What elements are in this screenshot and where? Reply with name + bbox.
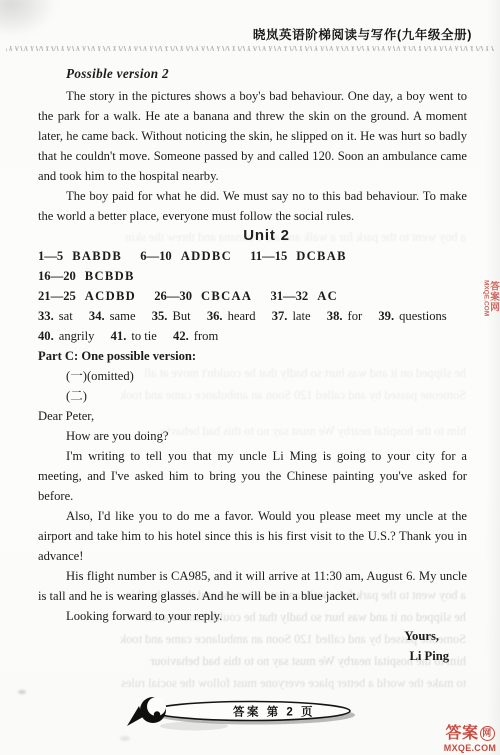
fill-answer: 33.sat bbox=[38, 306, 73, 326]
letter-signoff: Yours, bbox=[38, 626, 467, 646]
fill-number: 42. bbox=[173, 329, 189, 343]
fill-word: But bbox=[172, 309, 190, 323]
watermark-site-name: 答案网 bbox=[489, 278, 499, 316]
watermark-site-name: 答案网 bbox=[441, 726, 499, 743]
fill-word: from bbox=[194, 329, 218, 343]
fill-number: 36. bbox=[207, 309, 223, 323]
answer-group: 11—15DCBAB bbox=[250, 246, 347, 266]
fill-word: late bbox=[292, 309, 310, 323]
fill-answer: 42.from bbox=[173, 326, 218, 346]
fill-answer: 36.heard bbox=[207, 306, 256, 326]
answer-letters: CBCAA bbox=[201, 289, 252, 303]
letter-signature: Li Ping bbox=[38, 646, 467, 666]
answer-group: 26—30CBCAA bbox=[154, 286, 252, 306]
watermark-logo: 答案网 MXQE.COM bbox=[441, 726, 499, 753]
letter-paragraph: I'm writing to tell you that my uncle Li… bbox=[38, 446, 467, 506]
fill-answer: 34.same bbox=[89, 306, 136, 326]
answer-letters: DCBAB bbox=[296, 249, 347, 263]
answer-range: 21—25 bbox=[38, 289, 76, 303]
side-watermark: 答案网 MXQE.COM bbox=[482, 278, 498, 316]
essay-paragraph: The boy paid for what he did. We must sa… bbox=[38, 186, 467, 226]
fill-answer: 40.angrily bbox=[38, 326, 94, 346]
fill-word: to tie bbox=[131, 329, 157, 343]
answer-letters: ADDBC bbox=[181, 249, 232, 263]
answer-range: 1—5 bbox=[38, 249, 63, 263]
answer-range: 6—10 bbox=[140, 249, 171, 263]
scan-smudge bbox=[0, 0, 60, 40]
fill-number: 41. bbox=[111, 329, 127, 343]
answer-range: 31—32 bbox=[270, 289, 308, 303]
swirl-icon bbox=[127, 697, 166, 726]
fill-answer: 39.questions bbox=[378, 306, 446, 326]
letter-greeting: How are you doing? bbox=[38, 426, 467, 446]
fill-answer: 37.late bbox=[272, 306, 311, 326]
fill-word: same bbox=[110, 309, 136, 323]
answer-range: 16—20 bbox=[38, 269, 76, 283]
page-content: Possible version 2 The story in the pict… bbox=[38, 56, 467, 666]
fill-number: 38. bbox=[327, 309, 343, 323]
watermark-name-text: 答案 bbox=[445, 725, 478, 742]
watermark-domain: MXQE.COM bbox=[441, 744, 499, 753]
fill-number: 40. bbox=[38, 329, 54, 343]
answer-letters: AC bbox=[317, 289, 338, 303]
answer-group: 1—5BABDB bbox=[38, 246, 122, 266]
watermark-domain: MXQE.COM bbox=[482, 280, 489, 316]
unit-heading: Unit 2 bbox=[38, 226, 467, 246]
letter-paragraph: His flight number is CA985, and it will … bbox=[38, 566, 467, 606]
answer-range: 26—30 bbox=[154, 289, 192, 303]
fill-number: 33. bbox=[38, 309, 54, 323]
fill-word: for bbox=[348, 309, 363, 323]
letter-salutation: Dear Peter, bbox=[38, 406, 467, 426]
footer-banner: 答案 第 2 页 bbox=[124, 688, 376, 743]
fill-answer: 38.for bbox=[327, 306, 362, 326]
fill-number: 34. bbox=[89, 309, 105, 323]
footer-page-label: 答案 第 2 页 bbox=[233, 705, 315, 719]
answer-range: 11—15 bbox=[250, 249, 287, 263]
answer-letters: BCBDB bbox=[85, 269, 135, 283]
answer-key-line: 21—25ACDBD 26—30CBCAA 31—32AC bbox=[38, 286, 467, 306]
watermark-badge-icon: 网 bbox=[480, 726, 495, 741]
fill-number: 39. bbox=[378, 309, 394, 323]
answer-key-line: 1—5BABDB 6—10ADDBC 11—15DCBAB 16—20BCBDB bbox=[38, 246, 467, 286]
answer-letters: BABDB bbox=[72, 249, 122, 263]
fill-word: heard bbox=[228, 309, 256, 323]
fill-word: sat bbox=[59, 309, 73, 323]
answer-letters: ACDBD bbox=[85, 289, 136, 303]
scan-speck bbox=[18, 690, 26, 694]
part-c-label: Part C: One possible version: bbox=[38, 346, 467, 366]
fill-answer: 41.to tie bbox=[111, 326, 157, 346]
answer-group: 16—20BCBDB bbox=[38, 266, 135, 286]
part-c-item: (一)(omitted) bbox=[38, 366, 467, 386]
book-title: 晓岚英语阶梯阅读与写作(九年级全册) bbox=[253, 25, 472, 43]
header-divider bbox=[6, 46, 494, 51]
answer-group: 21—25ACDBD bbox=[38, 286, 136, 306]
fill-word: angrily bbox=[59, 329, 95, 343]
fill-answer-line: 40.angrily 41.to tie 42.from bbox=[38, 326, 467, 346]
essay-heading: Possible version 2 bbox=[66, 64, 467, 84]
answer-group: 6—10ADDBC bbox=[140, 246, 232, 266]
part-c-item: (二) bbox=[38, 386, 467, 406]
fill-answer-line: 33.sat 34.same 35.But 36.heard 37.late 3… bbox=[38, 306, 467, 326]
scan-edge-shading bbox=[486, 0, 500, 755]
footer-banner-graphic: 答案 第 2 页 bbox=[124, 688, 376, 738]
letter-closing: Looking forward to your reply. bbox=[38, 606, 467, 626]
letter-paragraph: Also, I'd like you to do me a favor. Wou… bbox=[38, 506, 467, 566]
fill-number: 37. bbox=[272, 309, 288, 323]
fill-word: questions bbox=[399, 309, 447, 323]
essay-paragraph: The story in the pictures shows a boy's … bbox=[38, 86, 467, 186]
scanned-answer-page: a boy went to the park for a walk and at… bbox=[0, 0, 500, 755]
answer-group: 31—32AC bbox=[270, 286, 338, 306]
fill-number: 35. bbox=[152, 309, 168, 323]
fill-answer: 35.But bbox=[152, 306, 191, 326]
